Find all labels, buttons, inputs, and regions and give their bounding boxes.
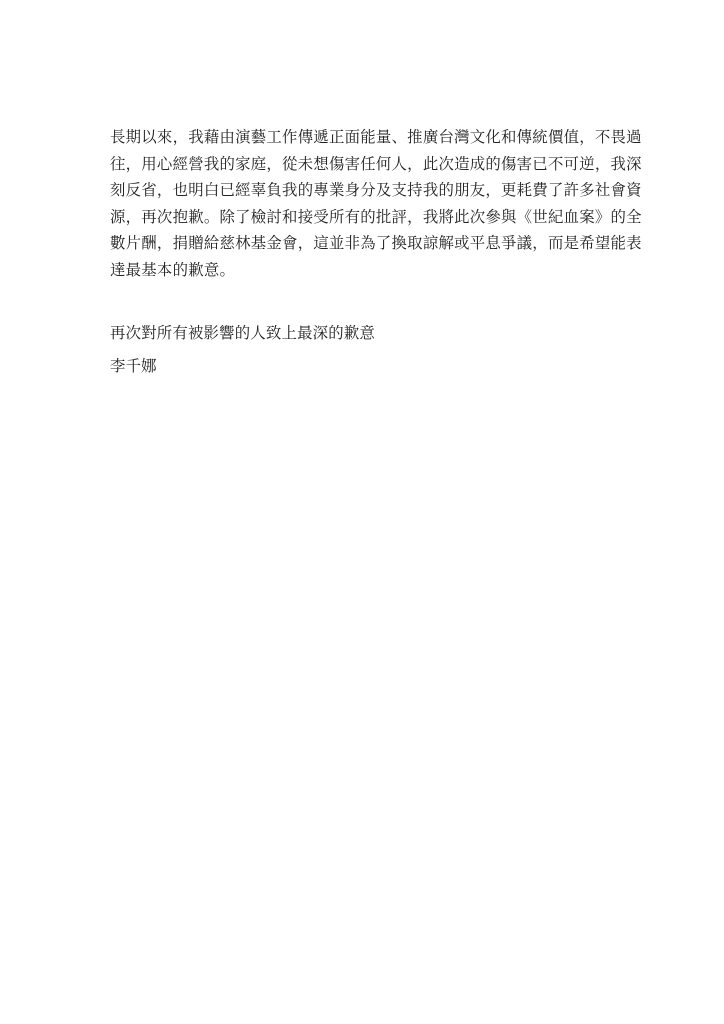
- paragraph-line: 達最基本的歉意。: [110, 257, 610, 284]
- paragraph-line: 數片酬，捐贈給慈林基金會，這並非為了換取諒解或平息爭議，而是希望能表: [110, 230, 610, 257]
- paragraph-line: 長期以來，我藉由演藝工作傳遞正面能量、推廣台灣文化和傳統價值，不畏過: [110, 124, 610, 151]
- paragraph-line: 源，再次抱歉。除了檢討和接受所有的批評，我將此次參與《世紀血案》的全: [110, 204, 610, 231]
- paragraph-line: 往，用心經營我的家庭，從未想傷害任何人，此次造成的傷害已不可逆，我深: [110, 151, 610, 178]
- apology-paragraph: 長期以來，我藉由演藝工作傳遞正面能量、推廣台灣文化和傳統價值，不畏過 往，用心經…: [110, 124, 610, 283]
- closing-statement: 再次對所有被影響的人致上最深的歉意: [110, 322, 375, 344]
- document-page: 長期以來，我藉由演藝工作傳遞正面能量、推廣台灣文化和傳統價值，不畏過 往，用心經…: [0, 0, 724, 1024]
- signature: 李千娜: [110, 355, 157, 377]
- paragraph-line: 刻反省，也明白已經辜負我的專業身分及支持我的朋友，更耗費了許多社會資: [110, 177, 610, 204]
